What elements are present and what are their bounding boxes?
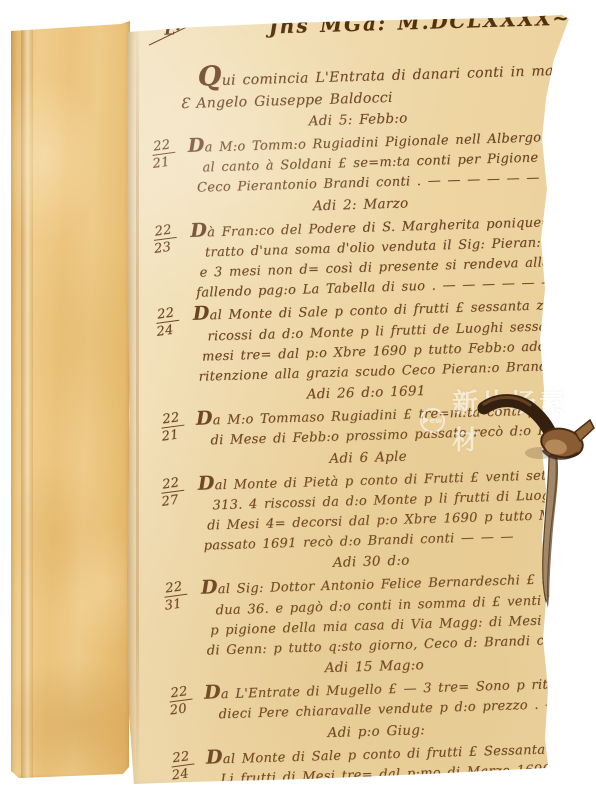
entry-folio-ref: 2221: [160, 409, 199, 455]
page-headline: L· Jhs MGa: M.DCLXXXX~: [150, 8, 561, 56]
strap-tail-tip: [546, 596, 549, 608]
entry-ref-bottom: 31: [164, 596, 200, 614]
entry-ref-bottom: 21: [152, 153, 188, 171]
manuscript-photo: L· Jhs MGa: M.DCLXXXX~ Qui comincia L'En…: [0, 0, 596, 800]
entry-folio-ref: 2224: [170, 748, 209, 794]
entry-ref-top: 22: [152, 223, 177, 241]
entry-ref-bottom: 23: [153, 238, 189, 256]
entry-ref-bottom: 27: [161, 491, 197, 509]
ledger-entry: 2223Dà Fran:co del Podere di S. Margheri…: [156, 209, 568, 305]
entry-lines: Dal Monte di Pietà p conto di Frutti £ v…: [198, 462, 576, 557]
entry-ref-top: 22: [160, 411, 185, 429]
folio-mark: L·: [150, 19, 181, 40]
page-gutter-shadow: [136, 14, 139, 786]
ledger-page: L· Jhs MGa: M.DCLXXXX~ Qui comincia L'En…: [126, 14, 572, 786]
entry-ref-top: 22: [163, 580, 188, 598]
entry-ref-top: 22: [154, 306, 179, 324]
entry-folio-ref: 2220: [168, 683, 207, 729]
entry-lines: Dal Sig: Dottor Antonio Felice Bernardes…: [201, 567, 579, 662]
entry-ref-bottom: 24: [156, 322, 192, 340]
entry-lines: Dà Fran:co del Podere di S. Margherita p…: [190, 209, 568, 304]
entry-ref-top: 22: [159, 475, 184, 493]
entry-ref-top: 22: [170, 749, 195, 767]
entry-lines: Dal Monte di Sale p conto di frutti £ se…: [193, 293, 571, 388]
strap-tail-shade: [548, 456, 557, 597]
entry-ref-bottom: 24: [171, 765, 207, 783]
strap-knot: [539, 420, 594, 461]
entry-folio-ref: 2221: [151, 136, 193, 202]
ledger-entry: 2227Dal Monte di Pietà p conto di Frutti…: [164, 462, 576, 558]
page-content: L· Jhs MGa: M.DCLXXXX~ Qui comincia L'En…: [150, 6, 583, 792]
spine-crease: [21, 21, 33, 778]
page-title: Jhs MGa: M.DCLXXXX~: [268, 8, 571, 37]
entries: Adi 5: Febb:o2221Da M:o Tomm:o Rugiadini…: [153, 105, 583, 792]
entry-ref-top: 22: [168, 685, 193, 703]
entry-ref-top: 22: [151, 138, 176, 156]
ledger-entry: 2231Dal Sig: Dottor Antonio Felice Berna…: [167, 567, 579, 663]
entry-lines: Da M:o Tomm:o Rugiadini Pigionale nell A…: [188, 125, 566, 200]
ledger-entry: 2221Da M:o Tomm:o Rugiadini Pigionale ne…: [154, 125, 566, 201]
entry-ref-bottom: 20: [169, 700, 205, 718]
entry-ref-bottom: 21: [161, 426, 197, 444]
book-spine: [9, 21, 130, 778]
ledger-entry: 2224Dal Monte di Sale p conto di frutti …: [159, 293, 571, 389]
